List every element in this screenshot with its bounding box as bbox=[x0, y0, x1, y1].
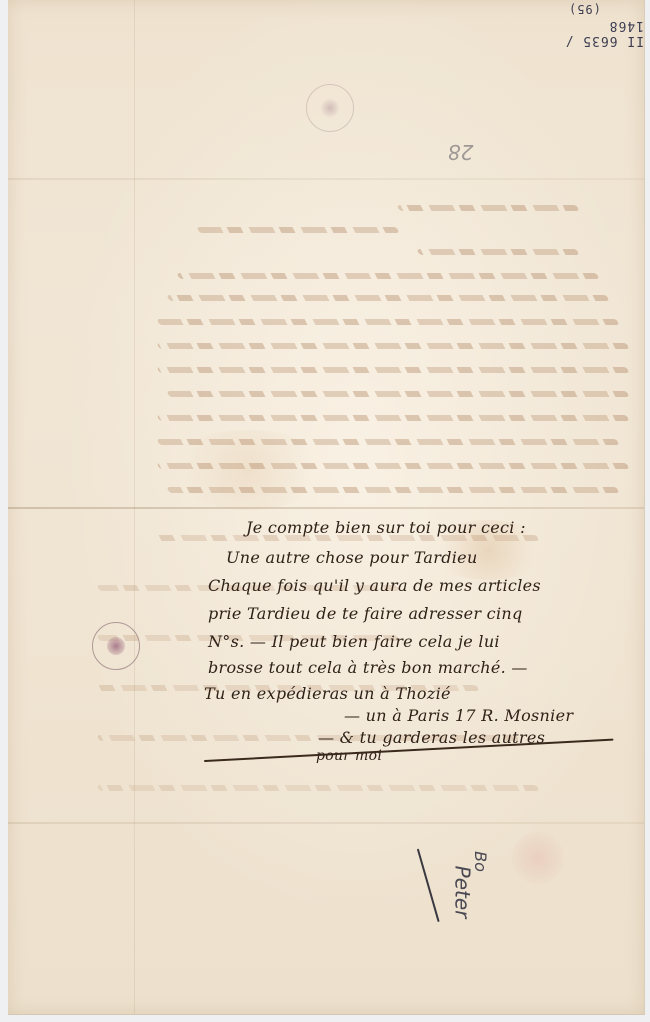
library-stamp-bottom-right-icon bbox=[512, 832, 564, 884]
manuscript-page: (95) II 6635 / 1468 28 Je compte bien su… bbox=[8, 0, 645, 1015]
letter-line-2: Une autre chose pour Tardieu bbox=[226, 548, 478, 567]
letter-line-5: N°s. — Il peut bien faire cela je lui bbox=[208, 632, 500, 651]
letter-line-4: prie Tardieu de te faire adresser cinq bbox=[208, 604, 523, 623]
horizontal-fold-lower bbox=[8, 822, 644, 824]
library-stamp-left-icon bbox=[92, 622, 140, 670]
pencil-annotation-initials: Bo bbox=[471, 851, 490, 872]
letter-line-6: brosse tout cela à très bon marché. — bbox=[208, 658, 528, 677]
letter-line-1: Je compte bien sur toi pour ceci : bbox=[246, 518, 526, 537]
archive-ref-top: (95) bbox=[568, 2, 601, 16]
pencil-folio: 28 bbox=[448, 140, 473, 164]
horizontal-fold-upper bbox=[8, 178, 644, 180]
pencil-stroke bbox=[417, 849, 439, 922]
letter-line-8: — un à Paris 17 R. Mosnier bbox=[344, 706, 573, 725]
letter-line-3: Chaque fois qu'il y aura de mes articles bbox=[208, 576, 541, 595]
archive-ref-main: II 6635 / 1468 bbox=[528, 18, 644, 48]
letter-line-7: Tu en expédieras un à Thozié bbox=[204, 684, 451, 703]
pencil-annotation-peter: Peter bbox=[450, 866, 474, 919]
vertical-fold bbox=[134, 0, 135, 1014]
library-stamp-top-icon bbox=[306, 84, 354, 132]
